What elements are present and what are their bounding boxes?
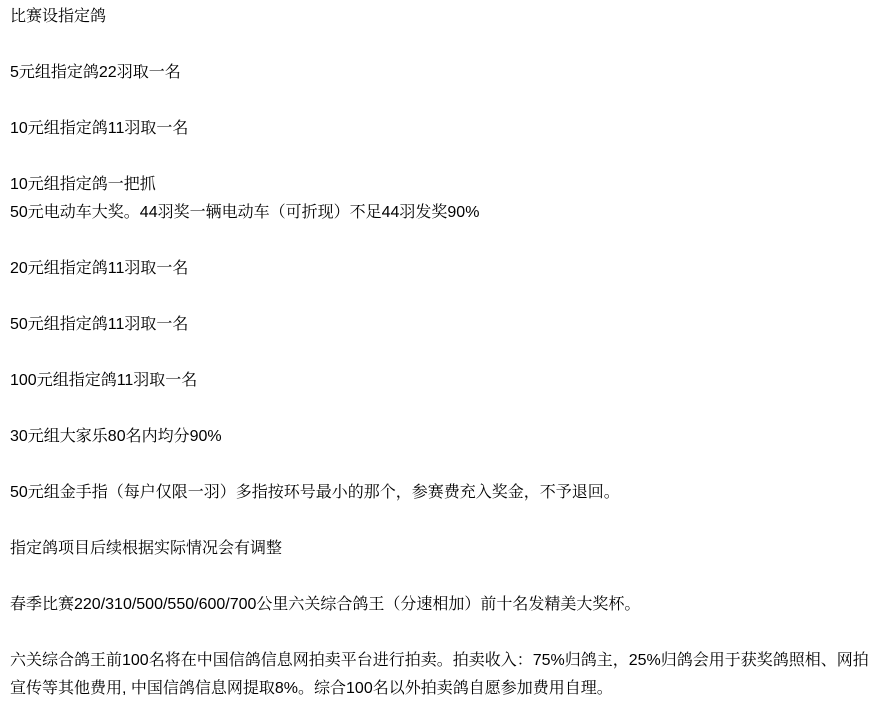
spring-race-trophy-note: 春季比赛220/310/500/550/600/700公里六关综合鸽王（分速相加… (10, 591, 884, 619)
adjustment-note: 指定鸽项目后续根据实际情况会有调整 (10, 535, 884, 563)
paragraph-text: 50元组指定鸽11羽取一名 (10, 316, 188, 333)
group-30yuan-dajiale-rule: 30元组大家乐80名内均分90% (10, 423, 884, 451)
auction-note: 六关综合鸽王前100名将在中国信鸽信息网拍卖平台进行拍卖。拍卖收入：75%归鸽主… (10, 647, 884, 701)
paragraph-text: 10元组指定鸽一把抓 (10, 176, 156, 193)
paragraph-text: 5元组指定鸽22羽取一名 (10, 64, 181, 81)
paragraph-text: 100元组指定鸽11羽取一名 (10, 372, 197, 389)
group-10yuan-rule: 10元组指定鸽11羽取一名 (10, 115, 884, 143)
paragraph-text: 比赛设指定鸽 (10, 8, 106, 25)
paragraph-text: 50元电动车大奖。44羽奖一辆电动车（可折现）不足44羽发奖90% (10, 204, 479, 221)
group-100yuan-rule: 100元组指定鸽11羽取一名 (10, 367, 884, 395)
paragraph-text: 30元组大家乐80名内均分90% (10, 428, 222, 445)
paragraph-text: 50元组金手指（每户仅限一羽）多指按环号最小的那个，参赛费充入奖金，不予退回。 (10, 484, 620, 501)
group-50yuan-golden-finger-rule: 50元组金手指（每户仅限一羽）多指按环号最小的那个，参赛费充入奖金，不予退回。 (10, 479, 884, 507)
announcement-document: 比赛设指定鸽 5元组指定鸽22羽取一名 10元组指定鸽11羽取一名 10元组指定… (0, 0, 894, 701)
paragraph-text: 春季比赛220/310/500/550/600/700公里六关综合鸽王（分速相加… (10, 596, 640, 613)
group-50yuan-rule: 50元组指定鸽11羽取一名 (10, 311, 884, 339)
group-10yuan-grab-all-rule: 10元组指定鸽一把抓 50元电动车大奖。44羽奖一辆电动车（可折现）不足44羽发… (10, 171, 884, 227)
group-5yuan-rule: 5元组指定鸽22羽取一名 (10, 59, 884, 87)
paragraph-text: 20元组指定鸽11羽取一名 (10, 260, 188, 277)
section-title-designated-pigeons: 比赛设指定鸽 (10, 3, 884, 31)
paragraph-text: 10元组指定鸽11羽取一名 (10, 120, 188, 137)
group-20yuan-rule: 20元组指定鸽11羽取一名 (10, 255, 884, 283)
paragraph-text: 六关综合鸽王前100名将在中国信鸽信息网拍卖平台进行拍卖。拍卖收入：75%归鸽主… (10, 652, 869, 697)
paragraph-text: 指定鸽项目后续根据实际情况会有调整 (10, 540, 282, 557)
